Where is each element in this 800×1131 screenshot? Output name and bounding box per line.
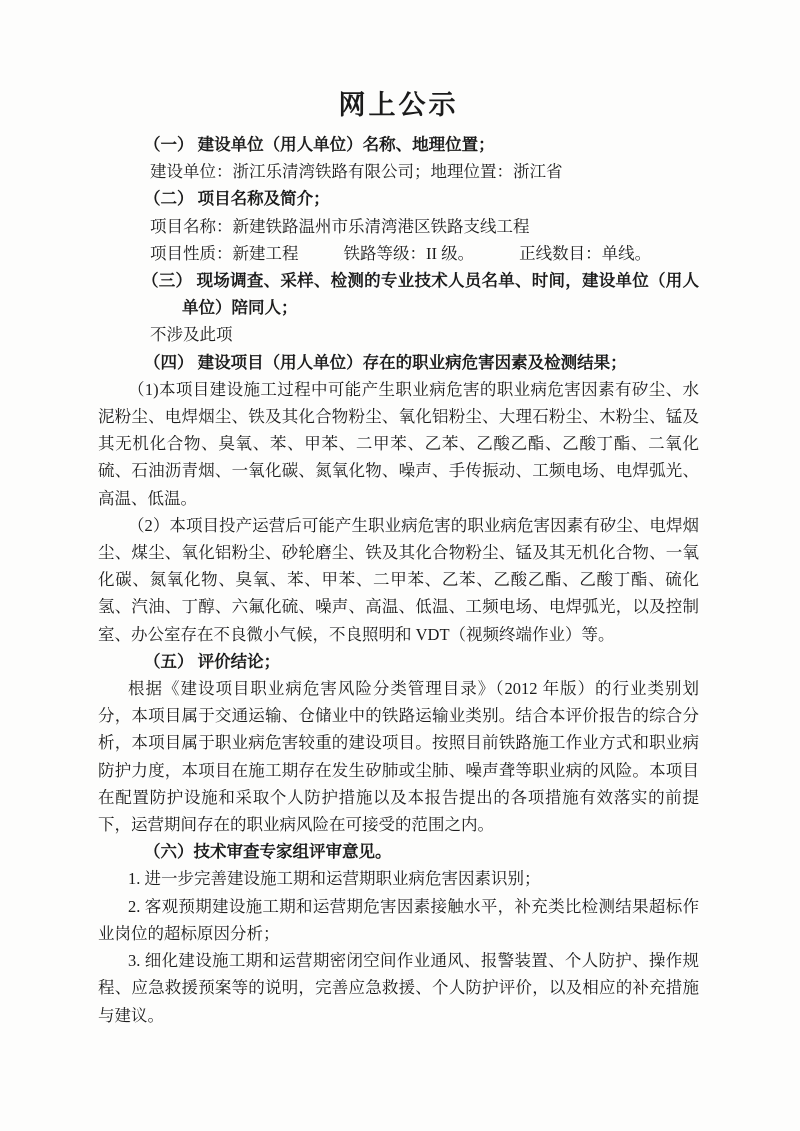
doc-section-heading: （三） 现场调查、采样、检测的专业技术人员名单、时间，建设单位（用人单位）陪同人… xyxy=(98,267,699,321)
page-title: 网上公示 xyxy=(98,90,699,120)
doc-section-heading: （二） 项目名称及简介； xyxy=(98,185,699,212)
document-page: 网上公示 （一） 建设单位（用人单位）名称、地理位置；建设单位：浙江乐清湾铁路有… xyxy=(0,0,800,1131)
info-segment: 项目性质：新建工程 xyxy=(150,244,299,263)
info-segment: 铁路等级：II 级。 xyxy=(344,244,475,263)
doc-section-heading: （五） 评价结论； xyxy=(98,648,699,675)
doc-paragraph: 根据《建设项目职业病危害风险分类管理目录》（2012 年版）的行业类别划分，本项… xyxy=(98,675,699,838)
doc-section-heading: （一） 建设单位（用人单位）名称、地理位置； xyxy=(98,131,699,158)
doc-section-heading: （六）技术审查专家组评审意见。 xyxy=(98,838,699,865)
document-content: 网上公示 （一） 建设单位（用人单位）名称、地理位置；建设单位：浙江乐清湾铁路有… xyxy=(98,90,699,1029)
document-body: （一） 建设单位（用人单位）名称、地理位置；建设单位：浙江乐清湾铁路有限公司；地… xyxy=(98,131,699,1029)
doc-paragraph: 建设单位：浙江乐清湾铁路有限公司；地理位置：浙江省 xyxy=(98,158,699,185)
doc-paragraph: （2）本项目投产运营后可能产生职业病危害的职业病危害因素有矽尘、电焊烟尘、煤尘、… xyxy=(98,512,699,648)
info-segment: 正线数目：单线。 xyxy=(519,244,651,263)
doc-section-heading: （四） 建设项目（用人单位）存在的职业病危害因素及检测结果； xyxy=(98,349,699,376)
doc-paragraph: 3. 细化建设施工期和运营期密闭空间作业通风、报警装置、个人防护、操作规程、应急… xyxy=(98,947,699,1029)
doc-info-spread-line: 项目性质：新建工程铁路等级：II 级。正线数目：单线。 xyxy=(98,240,699,267)
doc-paragraph: 项目名称：新建铁路温州市乐清湾港区铁路支线工程 xyxy=(98,213,699,240)
doc-paragraph: 1. 进一步完善建设施工期和运营期职业病危害因素识别； xyxy=(98,865,699,892)
doc-paragraph: 不涉及此项 xyxy=(98,321,699,348)
doc-paragraph: （1)本项目建设施工过程中可能产生职业病危害的职业病危害因素有矽尘、水泥粉尘、电… xyxy=(98,376,699,512)
doc-paragraph: 2. 客观预期建设施工期和运营期危害因素接触水平，补充类比检测结果超标作业岗位的… xyxy=(98,893,699,947)
